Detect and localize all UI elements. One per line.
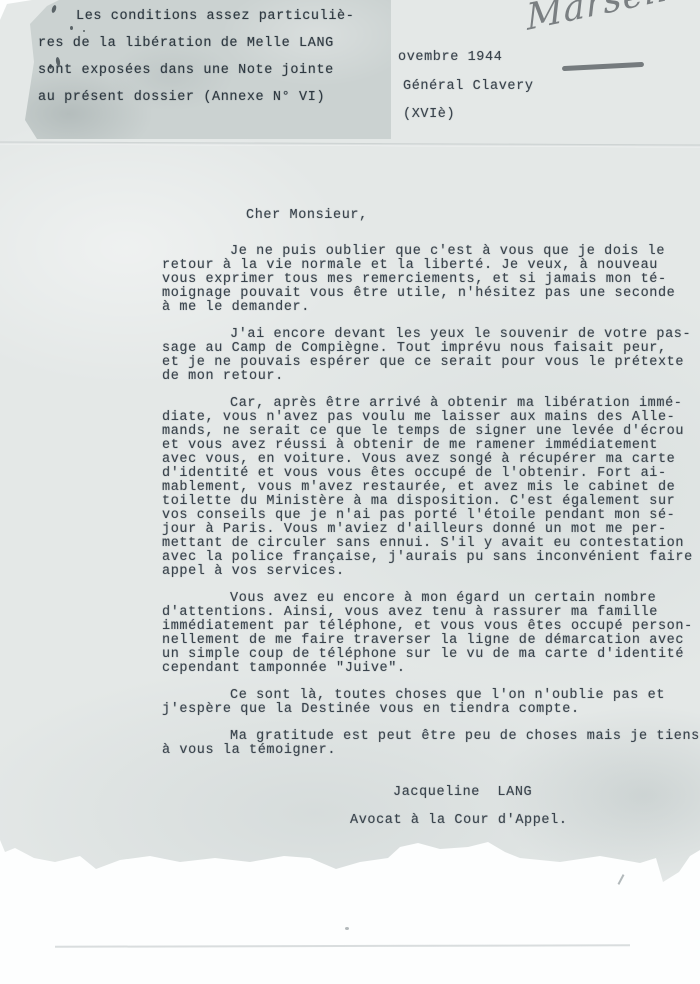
letter-date: ovembre 1944 [398,44,534,73]
ink-blot [83,30,85,32]
letter-recipient: Général Clavery [403,73,534,102]
pasted-note: Les conditions assez particuliè- res de … [25,0,391,139]
scan-artifact-line [55,944,630,948]
scan-background: { "note": { "lines": [ "Les conditions a… [0,0,700,984]
letter-paragraph-2: J'ai encore devant les yeux le souvenir … [162,328,700,384]
letter-body: Cher Monsieur, Je ne puis oublier que c'… [162,197,700,828]
salutation: Cher Monsieur, [246,209,700,223]
signature-name: Jacqueline LANG [393,786,700,800]
letter-header: ovembre 1944 Général Clavery (XVIè) [398,44,534,130]
handwritten-location: Marseille [525,0,700,39]
handwriting-underline [562,62,644,71]
ink-blot [49,64,52,69]
pasted-note-text: Les conditions assez particuliè- res de … [38,3,388,111]
ink-blot [70,26,73,30]
signature-title: Avocat à la Cour d'Appel. [350,814,700,828]
letter-district: (XVIè) [403,101,534,130]
letter-paragraph-4: Vous avez eu encore à mon égard un certa… [162,592,700,676]
letter-paragraph-1: Je ne puis oublier que c'est à vous que … [162,245,700,315]
letter-paragraph-5: Ce sont là, toutes choses que l'on n'oub… [162,689,700,717]
scan-speck [345,927,349,930]
scan-pen-mark [618,874,625,885]
scanned-letter-page: ovembre 1944 Général Clavery (XVIè) Mars… [0,0,700,884]
paper-crease-line [0,141,700,147]
letter-paragraph-3: Car, après être arrivé à obtenir ma libé… [162,397,700,579]
letter-paragraph-6: Ma gratitude est peut être peu de choses… [162,730,700,758]
